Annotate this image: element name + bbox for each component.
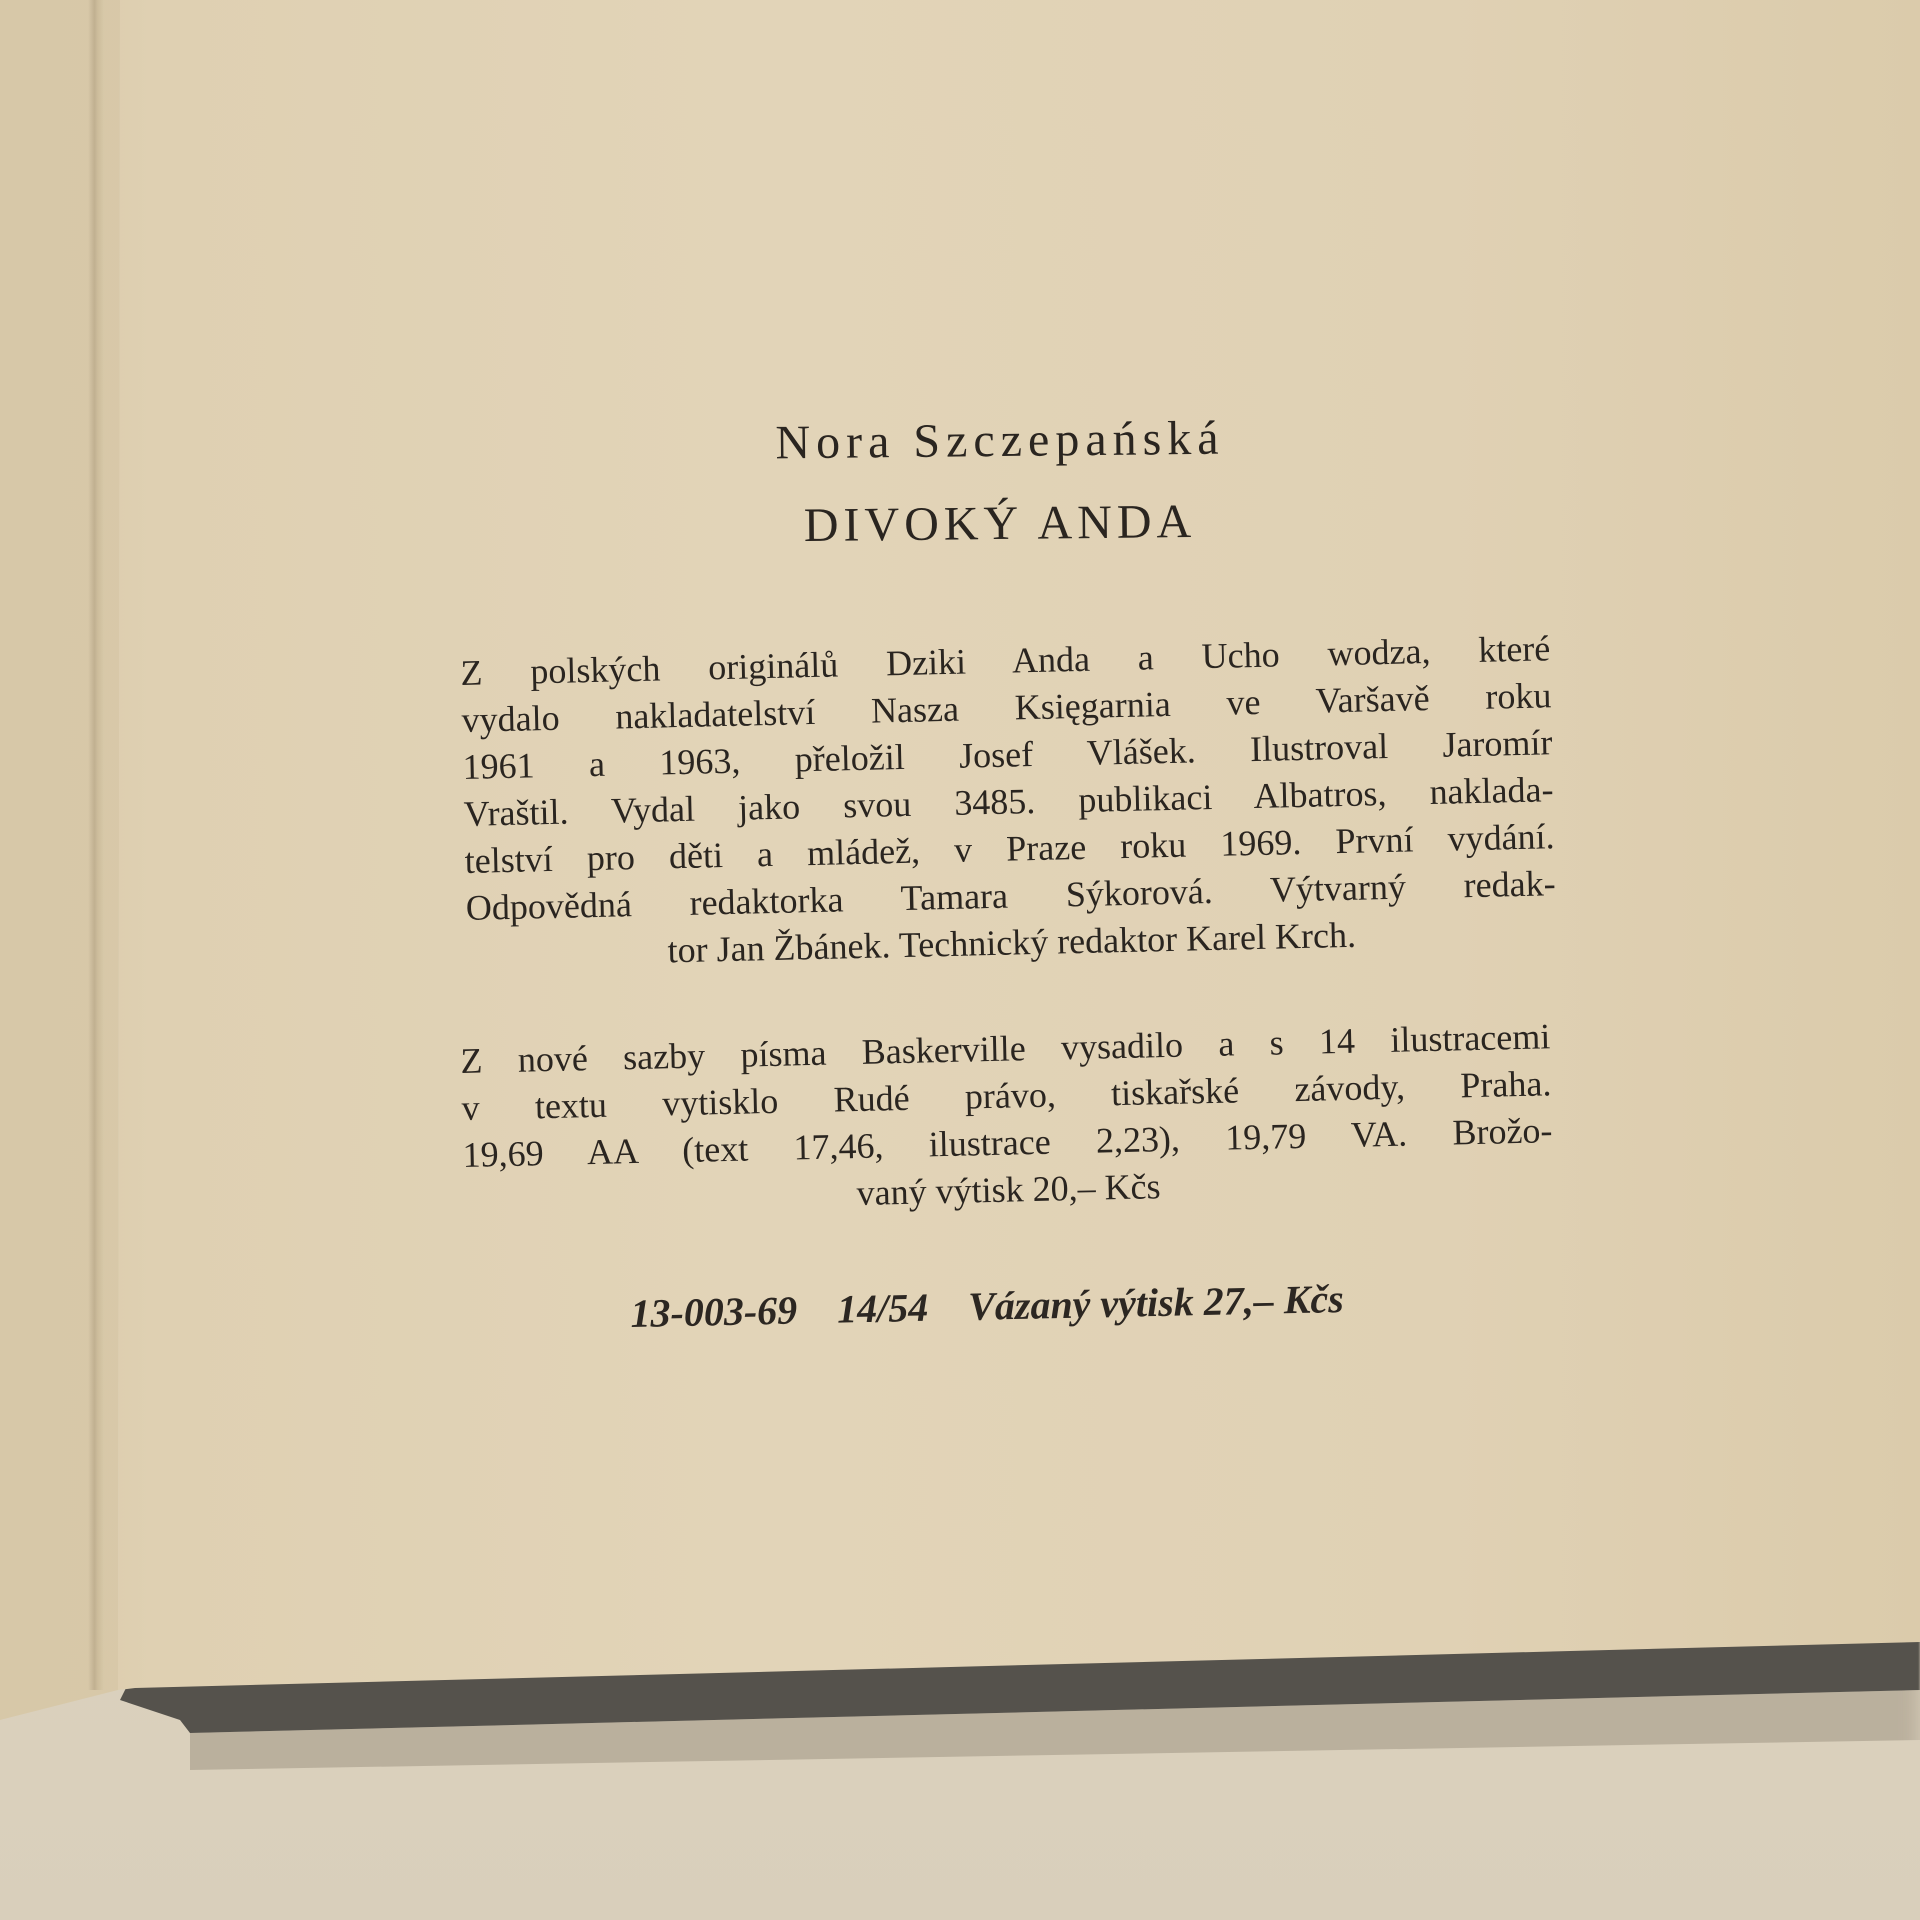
book-title: DIVOKÝ ANDA: [700, 493, 1301, 554]
colophon-paragraph-2: Z nové sazby písma Baskerville vysadilo …: [460, 1013, 1554, 1226]
print-code: 14/54: [837, 1284, 929, 1333]
catalog-number: 13-003-69: [630, 1287, 798, 1337]
bound-price: Vázaný výtisk 27,– Kčs: [968, 1275, 1344, 1330]
author-name: Nora Szczepańská: [700, 410, 1301, 471]
colophon-page-content: Nora Szczepańská DIVOKÝ ANDA Z polských …: [0, 0, 1920, 1920]
colophon-paragraph-1: Z polských originálů Dziki Anda a Ucho w…: [460, 625, 1557, 979]
colophon-footer: 13-003-69 14/54 Vázaný výtisk 27,– Kčs: [630, 1273, 1421, 1337]
